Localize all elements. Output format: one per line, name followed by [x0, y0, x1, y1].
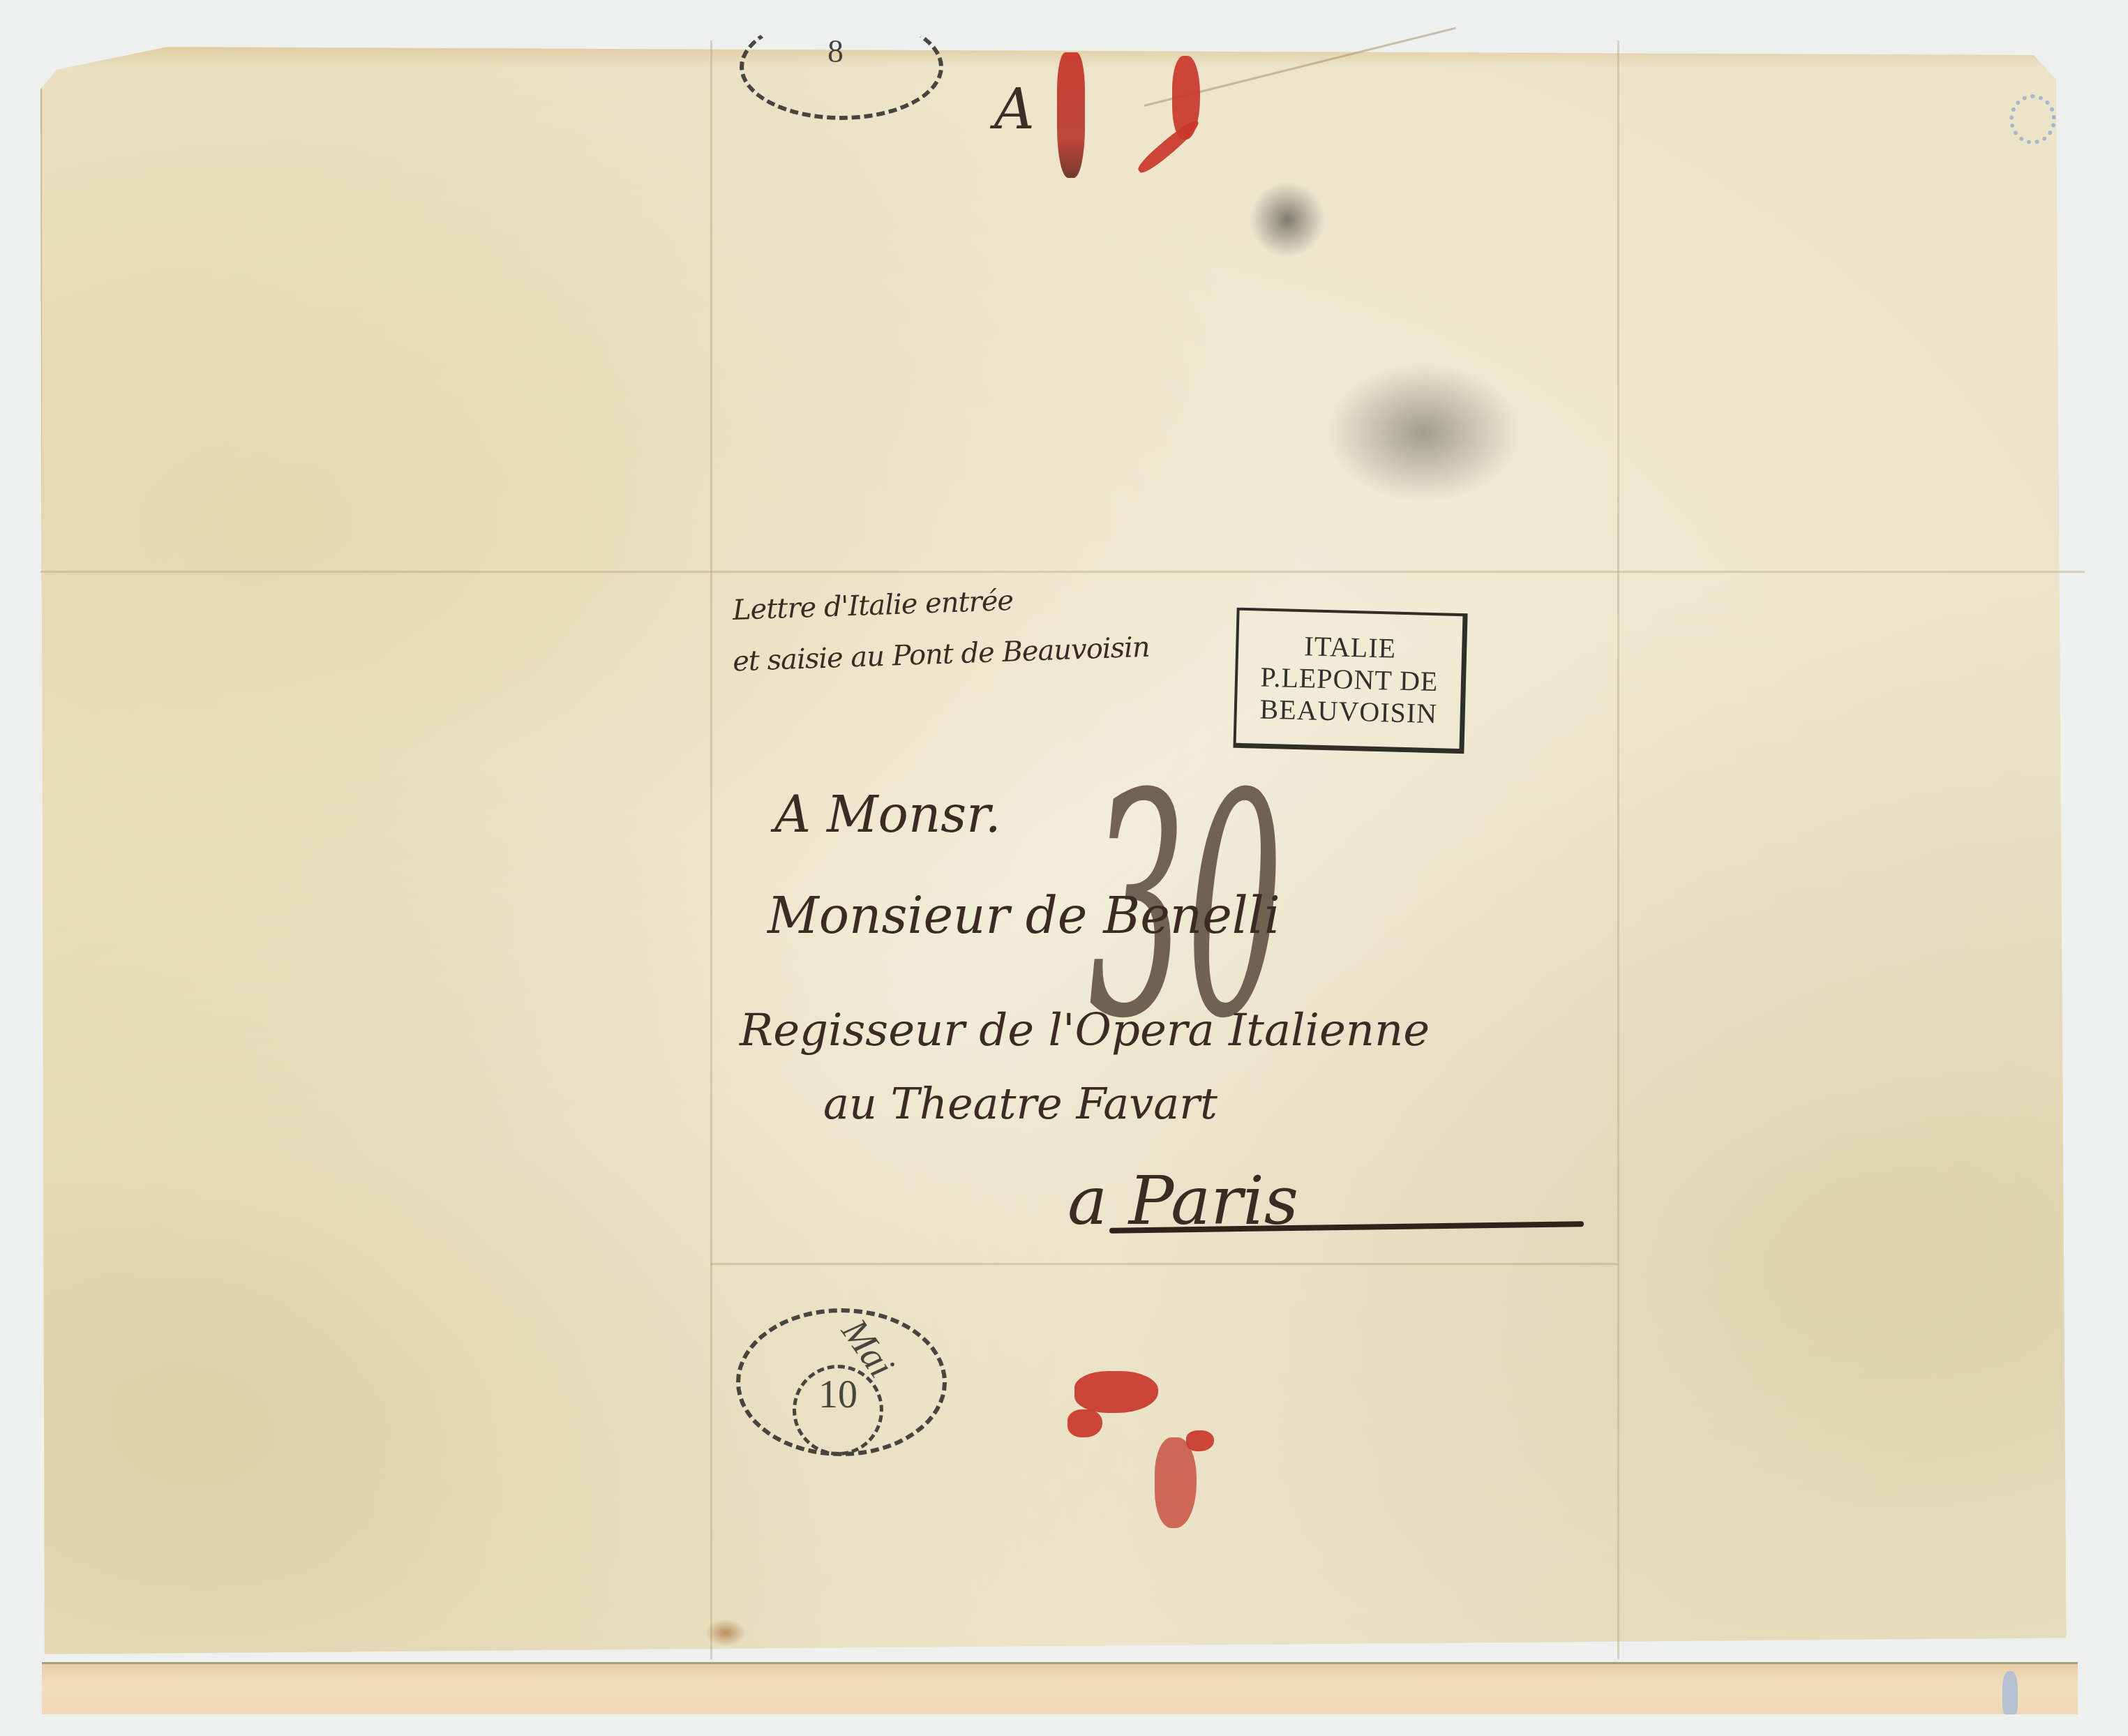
datestamp-day: 10 [818, 1375, 857, 1414]
postmark-line-1: ITALIE [1304, 630, 1397, 664]
wax-seal-fragment-2 [1067, 1409, 1102, 1437]
wax-seal-fragment-4 [1155, 1437, 1197, 1528]
fold-line-left [710, 40, 712, 1659]
bottom-paper-strip [42, 1662, 2078, 1714]
fold-line-right [1617, 40, 1619, 1659]
address-recipient: Monsieur de Benelli [767, 886, 1280, 945]
postmark-line-3: BEAUVOISIN [1259, 694, 1438, 731]
blue-ink-mark-top-right [2009, 94, 2056, 144]
blue-ink-mark-bottom-right [2002, 1671, 2018, 1714]
fold-line-middle [40, 571, 2085, 573]
wax-seal-remnant-top-left [1057, 52, 1085, 178]
ink-smudge-top [1249, 181, 1326, 258]
fold-line-lower [710, 1263, 1617, 1265]
postmark-line-2: P.LEPONT DE [1260, 661, 1439, 698]
circular-datestamp-top: 8 [740, 14, 943, 120]
foxing-stain-bottom [705, 1619, 747, 1647]
datestamp-top-text: 8 [827, 32, 844, 71]
manuscript-mark-top: A [994, 77, 1035, 142]
faint-postmark-smudge [1326, 363, 1521, 502]
circular-datestamp-bottom: Mai 10 [736, 1308, 947, 1456]
address-title: Regisseur de l'Opera Italienne [740, 1005, 1430, 1056]
wax-seal-fragment-1 [1074, 1371, 1158, 1413]
letter-sheet [40, 40, 2085, 1661]
address-salutation: A Monsr. [774, 785, 1001, 844]
address-venue: au Theatre Favart [823, 1078, 1217, 1129]
